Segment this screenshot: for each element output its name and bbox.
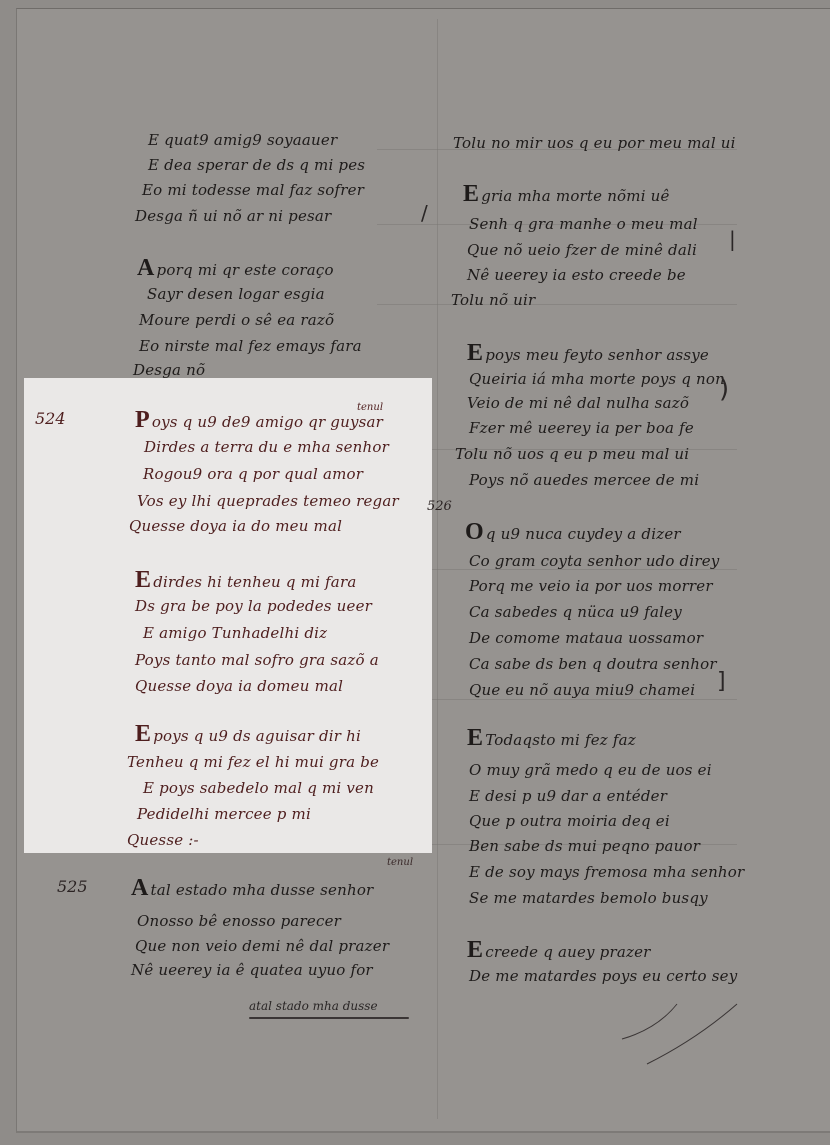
verse-line: Que p outra moiria deq ei <box>469 812 670 830</box>
verse-line: Quesse :- <box>127 831 199 849</box>
rubric-note: tenul <box>387 857 413 868</box>
verse-line: Ds gra be poy la podedes ueer <box>135 597 372 615</box>
verse-line: Desga ñ ui nõ ar ni pesar <box>135 207 331 225</box>
verse-line: Ben sabe ds mui peqno pauor <box>469 837 700 855</box>
initial-letter: O <box>465 519 484 545</box>
poem-number: 525 <box>57 877 88 896</box>
initial-letter: E <box>467 937 483 963</box>
verse-line: De comome mataua uossamor <box>469 629 703 647</box>
initial-letter: E <box>467 725 483 751</box>
verse-line: Oq u9 nuca cuydey a dizer <box>465 519 681 546</box>
verse-line: Poys nõ auedes mercee de mi <box>469 471 699 489</box>
initial-letter: E <box>463 181 479 207</box>
verse-line: Quesse doya ia domeu mal <box>135 677 343 695</box>
verse-line: Edirdes hi tenheu q mi fara <box>135 567 356 594</box>
verse-line: Aporq mi qr este coraço <box>137 255 334 282</box>
verse-line: Porq me veio ia por uos morrer <box>469 577 713 595</box>
verse-line: Epoys meu feyto senhor assye <box>467 340 709 367</box>
verse-line: E amigo Tunhadelhi diz <box>143 624 327 642</box>
verse-line: E dea sperar de ds q mi pes <box>148 156 365 174</box>
initial-letter: E <box>467 340 483 366</box>
verse-line: O muy grã medo q eu de uos ei <box>469 761 712 779</box>
catchword: atal stado mha dusse <box>249 999 378 1013</box>
verse-line: Desga nõ <box>133 361 205 379</box>
verse-line: Que eu nõ auya miu9 chamei <box>469 681 695 699</box>
verse-line: ETodaqsto mi fez faz <box>467 725 636 752</box>
verse-line: Eo mi todesse mal faz sofrer <box>142 181 364 199</box>
verse-line: Que non veio demi nê dal prazer <box>135 937 389 955</box>
poem-number: 526 <box>427 499 452 514</box>
refrain-line: Tolu nõ uir <box>451 291 535 309</box>
initial-letter: E <box>135 721 151 747</box>
verse-line: Veio de mi nê dal nulha sazõ <box>467 394 689 412</box>
verse-line: De me matardes poys eu certo sey <box>469 967 737 985</box>
verse-line: Egria mha morte nõmi uê <box>463 181 670 208</box>
initial-letter: A <box>137 255 155 281</box>
verse-line: E de soy mays fremosa mha senhor <box>469 863 744 881</box>
verse-line: Que nõ ueio fzer de minê dali <box>467 241 697 259</box>
verse-line: Fzer mê ueerey ia per boa fe <box>469 419 694 437</box>
verse-line: Co gram coyta senhor udo direy <box>469 552 719 570</box>
verse-line: Onosso bê enosso parecer <box>137 912 341 930</box>
margin-bracket: ) <box>719 374 729 404</box>
verse-line: Epoys q u9 ds aguisar dir hi <box>135 721 361 748</box>
verse-line: Eo nirste mal fez emays fara <box>139 337 362 355</box>
bleed-rule <box>377 304 737 305</box>
verse-line: Nê ueerey ia esto creede be <box>467 266 686 284</box>
refrain-line: Tolu no mir uos q eu por meu mal ui <box>453 134 736 152</box>
verse-line: E desi p u9 dar a entéder <box>469 787 667 805</box>
margin-bracket: ] <box>717 669 726 694</box>
verse-line: Rogou9 ora q por qual amor <box>143 465 363 483</box>
verse-line: Vos ey lhi queprades temeo regar <box>137 492 399 510</box>
initial-letter: E <box>135 567 151 593</box>
initial-letter: P <box>135 407 150 433</box>
verse-line: Moure perdi o sê ea razõ <box>139 311 334 329</box>
verse-line: Ca sabe ds ben q doutra senhor <box>469 655 717 673</box>
initial-letter: A <box>131 875 149 901</box>
manuscript-page: E quat9 amig9 soyaauer E dea sperar de d… <box>16 8 830 1133</box>
verse-line: Senh q gra manhe o meu mal <box>469 215 698 233</box>
verse-line: Nê ueerey ia ê quatea uyuo for <box>131 961 373 979</box>
verse-line: Pedidelhi mercee p mi <box>137 805 311 823</box>
verse-line: Se me matardes bemolo busqy <box>469 889 708 907</box>
verse-line: Dirdes a terra du e mha senhor <box>144 438 389 456</box>
margin-mark: / <box>421 201 428 225</box>
verse-line: Atal estado mha dusse senhor <box>131 875 373 902</box>
verse-line: Queiria iá mha morte poys q non <box>469 370 725 388</box>
bleed-column-rule <box>437 19 438 1119</box>
verse-line: E quat9 amig9 soyaauer <box>148 131 337 149</box>
verse-line: Sayr desen logar esgia <box>147 285 325 303</box>
verse-line: Tenheu q mi fez el hi mui gra be <box>127 753 379 771</box>
verse-line: Poys q u9 de9 amigo qr guysar <box>135 407 383 434</box>
verse-line: Quesse doya ia do meu mal <box>129 517 342 535</box>
margin-bracket: | <box>729 227 736 251</box>
verse-line: Ca sabedes q nüca u9 faley <box>469 603 682 621</box>
catchword-underline <box>249 1017 409 1019</box>
verse-line: Poys tanto mal sofro gra sazõ a <box>135 651 379 669</box>
verse-line: Ecreede q auey prazer <box>467 937 651 964</box>
pen-flourish <box>617 999 747 1069</box>
refrain-line: Tolu nõ uos q eu p meu mal ui <box>455 445 689 463</box>
poem-number: 524 <box>35 409 66 428</box>
verse-line: E poys sabedelo mal q mi ven <box>143 779 374 797</box>
